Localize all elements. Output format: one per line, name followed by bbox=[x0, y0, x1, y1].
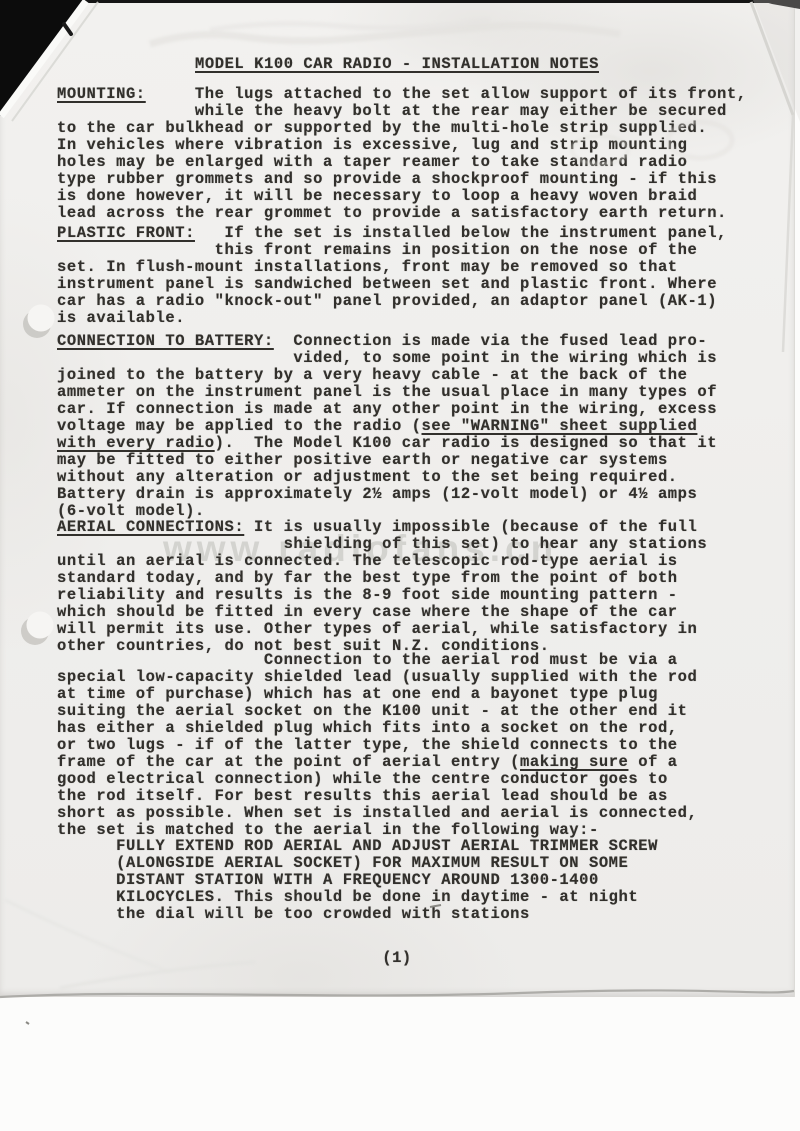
text-line: which should be fitted in every case whe… bbox=[57, 604, 707, 621]
text-line: standard today, and by far the best type… bbox=[57, 570, 707, 587]
text-line: ammeter on the instrument panel is the u… bbox=[57, 384, 717, 401]
text-line: car. If connection is made at any other … bbox=[57, 401, 717, 418]
text-line: MOUNTING: The lugs attached to the set a… bbox=[57, 86, 747, 103]
text-line: the rod itself. For best results this ae… bbox=[57, 788, 697, 805]
text-line: CONNECTION TO BATTERY: Connection is mad… bbox=[57, 333, 717, 350]
text-line: until an aerial is connected. The telesc… bbox=[57, 553, 707, 570]
text-line: In vehicles where vibration is excessive… bbox=[57, 137, 747, 154]
scanned-document-page: www.radiofans.cn MODEL K100 CAR RADIO - … bbox=[0, 0, 800, 1131]
text-line: Battery drain is approximately 2½ amps (… bbox=[57, 486, 717, 503]
text-line: suiting the aerial socket on the K100 un… bbox=[57, 703, 697, 720]
text-line: DISTANT STATION WITH A FREQUENCY AROUND … bbox=[57, 872, 658, 889]
section-plastic-front: PLASTIC FRONT: If the set is installed b… bbox=[57, 225, 727, 327]
text-line: this front remains in position on the no… bbox=[57, 242, 727, 259]
text-line: at time of purchase) which has at one en… bbox=[57, 686, 697, 703]
text-line: short as possible. When set is installed… bbox=[57, 805, 697, 822]
text-line: may be fitted to either positive earth o… bbox=[57, 452, 717, 469]
text-line: good electrical connection) while the ce… bbox=[57, 771, 697, 788]
text-line: (ALONGSIDE AERIAL SOCKET) FOR MAXIMUM RE… bbox=[57, 855, 658, 872]
text-line: vided, to some point in the wiring which… bbox=[57, 350, 717, 367]
text-line: with every radio). The Model K100 car ra… bbox=[57, 435, 717, 452]
text-line: is done however, it will be necessary to… bbox=[57, 188, 747, 205]
section-connection-to-battery: CONNECTION TO BATTERY: Connection is mad… bbox=[57, 333, 717, 520]
text-line: PLASTIC FRONT: If the set is installed b… bbox=[57, 225, 727, 242]
page-number: (1) bbox=[0, 949, 794, 967]
text-line: set. In flush-mount installations, front… bbox=[57, 259, 727, 276]
section-aerial-lead: Connection to the aerial rod must be via… bbox=[57, 652, 697, 839]
text-line: joined to the battery by a very heavy ca… bbox=[57, 367, 717, 384]
text-line: type rubber grommets and so provide a sh… bbox=[57, 171, 747, 188]
text-line: to the car bulkhead or supported by the … bbox=[57, 120, 747, 137]
text-line: lead across the rear grommet to provide … bbox=[57, 205, 747, 222]
text-line: KILOCYCLES. This should be done in dayti… bbox=[57, 889, 658, 906]
text-line: will permit its use. Other types of aeri… bbox=[57, 621, 707, 638]
text-line: or two lugs - if of the latter type, the… bbox=[57, 737, 697, 754]
page-title: MODEL K100 CAR RADIO - INSTALLATION NOTE… bbox=[0, 55, 794, 73]
text-line: is available. bbox=[57, 310, 727, 327]
document-text: MODEL K100 CAR RADIO - INSTALLATION NOTE… bbox=[0, 0, 794, 995]
text-line: holes may be enlarged with a taper reame… bbox=[57, 154, 747, 171]
text-line: has either a shielded plug which fits in… bbox=[57, 720, 697, 737]
section-mounting: MOUNTING: The lugs attached to the set a… bbox=[57, 86, 747, 222]
text-line: reliability and results is the 8-9 foot … bbox=[57, 587, 707, 604]
text-line: instrument panel is sandwiched between s… bbox=[57, 276, 727, 293]
section-trimmer-adjustment: FULLY EXTEND ROD AERIAL AND ADJUST AERIA… bbox=[57, 838, 658, 923]
text-line: car has a radio "knock-out" panel provid… bbox=[57, 293, 727, 310]
section-aerial-connections: AERIAL CONNECTIONS: It is usually imposs… bbox=[57, 519, 707, 655]
text-line: frame of the car at the point of aerial … bbox=[57, 754, 697, 771]
text-line: shielding of this set) to hear any stati… bbox=[57, 536, 707, 553]
text-line: special low-capacity shielded lead (usua… bbox=[57, 669, 697, 686]
text-line: without any alteration or adjustment to … bbox=[57, 469, 717, 486]
text-line: AERIAL CONNECTIONS: It is usually imposs… bbox=[57, 519, 707, 536]
text-line: FULLY EXTEND ROD AERIAL AND ADJUST AERIA… bbox=[57, 838, 658, 855]
text-line: the dial will be too crowded with statio… bbox=[57, 906, 658, 923]
text-line: Connection to the aerial rod must be via… bbox=[57, 652, 697, 669]
text-line: while the heavy bolt at the rear may eit… bbox=[57, 103, 747, 120]
text-line: voltage may be applied to the radio (see… bbox=[57, 418, 717, 435]
